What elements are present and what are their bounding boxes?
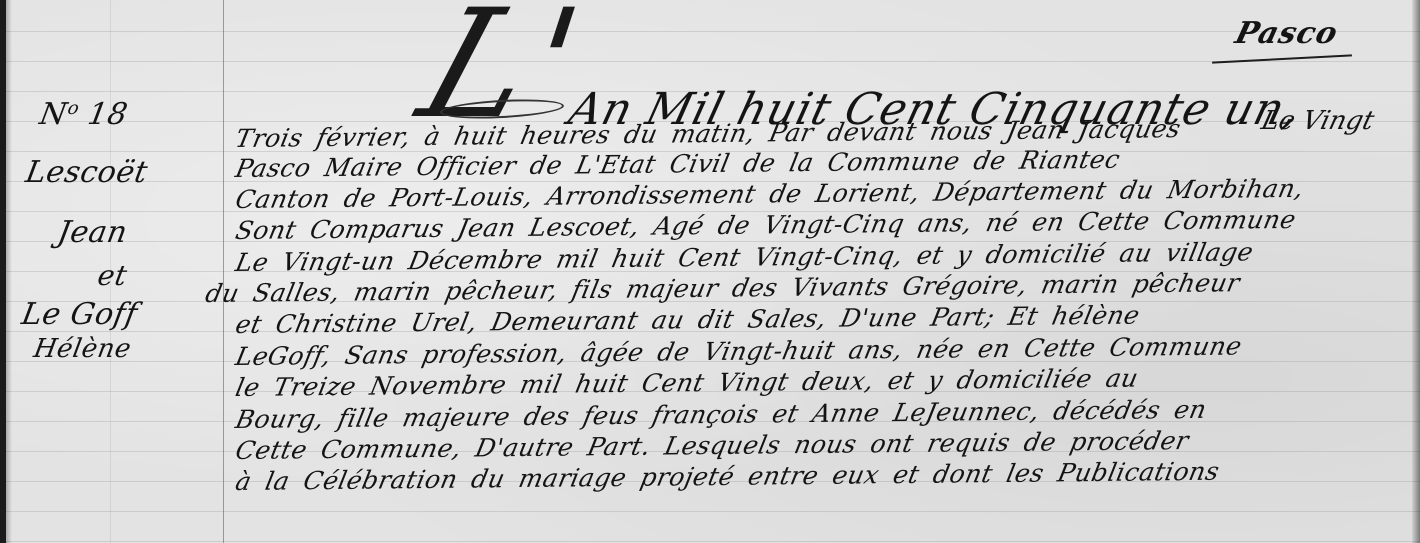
groom-surname: Lescoët [23, 158, 150, 188]
body-line-12: à la Célébration du mariage projeté entr… [233, 459, 1221, 494]
body-line-2: Pasco Maire Officier de L'Etat Civil de … [233, 147, 1122, 181]
margin-rule [223, 0, 224, 543]
body-line-7: et Christine Urel, Demeurant au dit Sale… [233, 303, 1142, 337]
signature: Pasco [1232, 16, 1342, 51]
record-number-prefix: N [37, 97, 70, 132]
record-number-value: 18 [85, 97, 130, 132]
bride-surname: Le Goff [19, 300, 139, 330]
document-page: Pasco No 18 Lescoët Jean et Le Goff Hélè… [0, 0, 1420, 543]
binding-shadow [6, 0, 12, 543]
bride-given-name: Hélène [32, 336, 133, 362]
body-line-9: le Treize Novembre mil huit Cent Vingt d… [233, 366, 1140, 400]
signature-underline [1212, 54, 1352, 63]
record-number: No 18 [37, 100, 130, 130]
groom-given-name: Jean [55, 218, 129, 248]
page-right-edge [1412, 0, 1420, 543]
record-number-sup: o [66, 98, 81, 119]
margin-conjunction: et [96, 262, 130, 290]
record-heading-tail: Le Vingt [1258, 106, 1377, 136]
body-line-4: Sont Comparus Jean Lescoet, Agé de Vingt… [233, 207, 1298, 243]
